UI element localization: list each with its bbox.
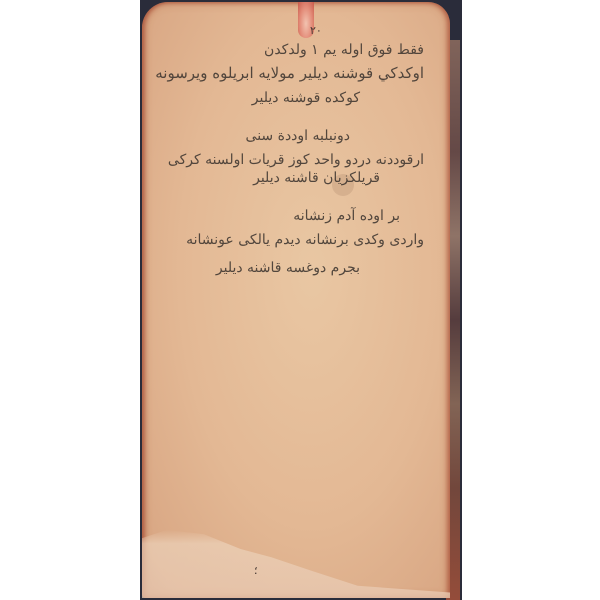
bottom-ink-mark: ؛ (254, 564, 258, 577)
text-line-8: واردى وكدى برنشانه ديدم يالكى عونشانه (186, 232, 424, 248)
text-line-1: فقط فوق اوله يم ١ ولدكدن (264, 42, 424, 58)
text-line-2: اوكدكي قوشنه ديلير مولايه ابريلوه ويرسون… (155, 64, 424, 82)
text-line-5: ارقوددنه دردو واحد كوز قريات اولسنه كركى (168, 152, 424, 168)
text-line-4: دونبلبه اوددة سنى (246, 128, 350, 144)
text-line-9: بجرم دوغسه قاشنه ديلير (216, 260, 360, 276)
text-line-6: قريلكزيان قاشنه ديلير (253, 170, 380, 186)
manuscript-page: ٢٠ فقط فوق اوله يم ١ ولدكدن اوكدكي قوشنه… (142, 2, 450, 598)
text-line-3: كوكده قوشنه ديلير (252, 90, 360, 106)
folio-number: ٢٠ (310, 24, 322, 37)
text-line-7: بر اوده آدم زنشانه (293, 208, 400, 224)
